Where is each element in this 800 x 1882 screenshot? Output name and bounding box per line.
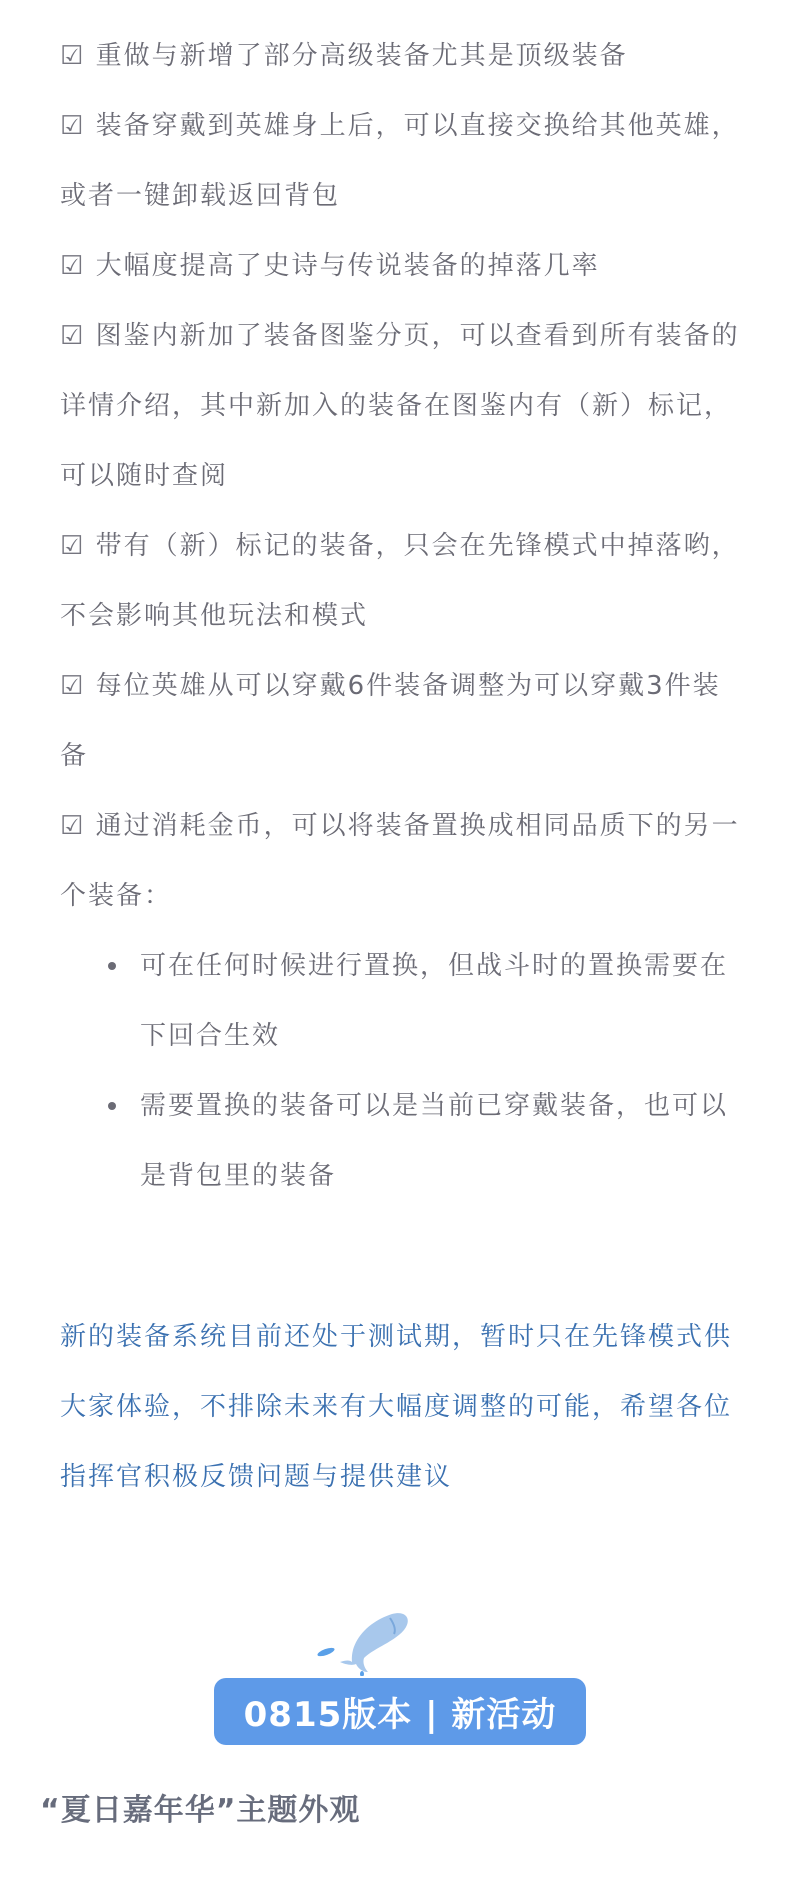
checklist-text: 装备穿戴到英雄身上后，可以直接交换给其他英雄，或者一键卸载返回背包 (60, 111, 740, 211)
sub-bullet-item: 需要置换的装备可以是当前已穿戴装备，也可以是背包里的装备 (106, 1071, 740, 1211)
checklist-text: 大幅度提高了史诗与传说装备的掉落几率 (96, 251, 600, 281)
checklist-item: ☑ 通过消耗金币，可以将装备置换成相同品质下的另一个装备： (60, 791, 740, 931)
checklist-item: ☑ 装备穿戴到英雄身上后，可以直接交换给其他英雄，或者一键卸载返回背包 (60, 91, 740, 231)
checkbox-icon: ☑ (60, 111, 85, 141)
sub-bullet-list: 可在任何时候进行置换，但战斗时的置换需要在下回合生效 需要置换的装备可以是当前已… (60, 931, 740, 1211)
section-title: “夏日嘉年华”主题外观 (40, 1785, 360, 1829)
checklist-item: ☑ 带有（新）标记的装备，只会在先锋模式中掉落哟，不会影响其他玩法和模式 (60, 511, 740, 651)
checklist-item: ☑ 图鉴内新加了装备图鉴分页，可以查看到所有装备的详情介绍，其中新加入的装备在图… (60, 301, 740, 511)
checkbox-icon: ☑ (60, 251, 85, 281)
checkbox-icon: ☑ (60, 321, 85, 351)
note-text: 新的装备系统目前还处于测试期，暂时只在先锋模式供大家体验，不排除未来有大幅度调整… (60, 1302, 750, 1512)
checkbox-icon: ☑ (60, 41, 85, 71)
checklist-text: 通过消耗金币，可以将装备置换成相同品质下的另一个装备： (60, 811, 740, 911)
checklist-item: ☑ 重做与新增了部分高级装备尤其是顶级装备 (60, 21, 740, 91)
checklist-item: ☑ 每位英雄从可以穿戴6件装备调整为可以穿戴3件装备 (60, 651, 740, 791)
checklist-text: 重做与新增了部分高级装备尤其是顶级装备 (96, 41, 628, 71)
checklist-text: 图鉴内新加了装备图鉴分页，可以查看到所有装备的详情介绍，其中新加入的装备在图鉴内… (60, 321, 740, 491)
checkbox-icon: ☑ (60, 671, 85, 701)
version-badge: 0815版本 | 新活动 (214, 1678, 586, 1745)
update-notes: ☑ 重做与新增了部分高级装备尤其是顶级装备 ☑ 装备穿戴到英雄身上后，可以直接交… (60, 21, 740, 1211)
checklist-text: 带有（新）标记的装备，只会在先锋模式中掉落哟，不会影响其他玩法和模式 (60, 531, 740, 631)
checkbox-icon: ☑ (60, 811, 85, 841)
checklist-text: 每位英雄从可以穿戴6件装备调整为可以穿戴3件装备 (60, 671, 721, 771)
checklist-item: ☑ 大幅度提高了史诗与传说装备的掉落几率 (60, 231, 740, 301)
checkbox-icon: ☑ (60, 531, 85, 561)
sub-bullet-item: 可在任何时候进行置换，但战斗时的置换需要在下回合生效 (106, 931, 740, 1071)
fish-icon (312, 1602, 412, 1676)
test-period-note: 新的装备系统目前还处于测试期，暂时只在先锋模式供大家体验，不排除未来有大幅度调整… (60, 1302, 750, 1512)
